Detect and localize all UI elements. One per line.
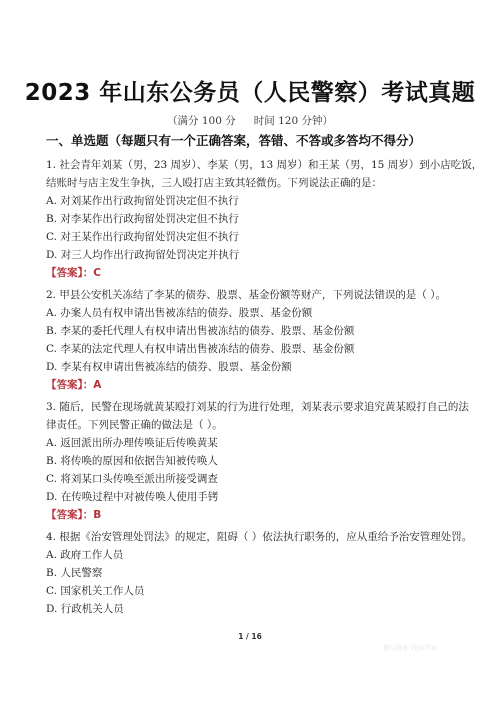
- question-stem: 律责任。下列民警正确的做法是（ ）。: [46, 416, 466, 434]
- option-d: D. 在传唤过程中对被传唤人使用手铐: [46, 488, 466, 506]
- question-stem: 2. 甲县公安机关冻结了李某的债券、股票、基金份额等财产，下列说法错误的是（ ）…: [46, 286, 466, 304]
- question-2: 2. 甲县公安机关冻结了李某的债券、股票、基金份额等财产，下列说法错误的是（ ）…: [46, 286, 466, 394]
- answer-value: C: [93, 267, 101, 279]
- option-c: C. 将刘某口头传唤至派出所接受调查: [46, 470, 466, 488]
- question-stem: 4. 根据《治安管理处罚法》的规定，阻碍（ ）依法执行职务的，应从重给予治安管理…: [46, 528, 466, 546]
- answer: 【答案】：B: [46, 506, 466, 524]
- option-a: A. 政府工作人员: [46, 546, 466, 564]
- question-1: 1. 社会青年刘某（男，23 周岁）、李某（男，13 周岁）和王某（男，15 周…: [46, 156, 466, 282]
- option-a: A. 对刘某作出行政拘留处罚决定但不执行: [46, 192, 466, 210]
- option-c: C. 对王某作出行政拘留处罚决定但不执行: [46, 228, 466, 246]
- watermark: 微信搜索 找到答案: [383, 643, 437, 652]
- option-b: B. 对李某作出行政拘留处罚决定但不执行: [46, 210, 466, 228]
- answer: 【答案】：A: [46, 376, 466, 394]
- answer-value: A: [93, 379, 101, 391]
- option-d: D. 行政机关人员: [46, 600, 466, 618]
- question-3: 3. 随后，民警在现场就黄某殴打刘某的行为进行处理，刘某表示要求追究黄某殴打自己…: [46, 398, 466, 524]
- option-b: B. 人民警察: [46, 564, 466, 582]
- answer-value: B: [93, 509, 101, 521]
- exam-time: 时间 120 分钟）: [254, 115, 333, 127]
- option-b: B. 李某的委托代理人有权申请出售被冻结的债券、股票、基金份额: [46, 322, 466, 340]
- option-a: A. 办案人员有权申请出售被冻结的债券、股票、基金份额: [46, 304, 466, 322]
- document-title: 2023 年山东公务员（人民警察）考试真题: [0, 74, 500, 107]
- answer-label: 【答案】：: [46, 509, 93, 521]
- option-d: D. 李某有权申请出售被冻结的债券、股票、基金份额: [46, 358, 466, 376]
- exam-info: （满分 100 分时间 120 分钟）: [0, 113, 500, 128]
- answer-label: 【答案】：: [46, 267, 93, 279]
- question-stem: 3. 随后，民警在现场就黄某殴打刘某的行为进行处理，刘某表示要求追究黄某殴打自己…: [46, 398, 466, 416]
- question-4: 4. 根据《治安管理处罚法》的规定，阻碍（ ）依法执行职务的，应从重给予治安管理…: [46, 528, 466, 618]
- option-c: C. 国家机关工作人员: [46, 582, 466, 600]
- section-heading: 一、单选题（每题只有一个正确答案，答错、不答或多答均不得分）: [46, 131, 421, 149]
- page-indicator: 1 / 16: [0, 632, 500, 641]
- answer: 【答案】：C: [46, 264, 466, 282]
- option-b: B. 将传唤的原因和依据告知被传唤人: [46, 452, 466, 470]
- question-stem: 结账时与店主发生争执，三人殴打店主致其轻微伤。下列说法正确的是：: [46, 174, 466, 192]
- option-d: D. 对三人均作出行政拘留处罚决定并执行: [46, 246, 466, 264]
- full-score: （满分 100 分: [167, 115, 236, 127]
- question-stem: 1. 社会青年刘某（男，23 周岁）、李某（男，13 周岁）和王某（男，15 周…: [46, 156, 466, 174]
- answer-label: 【答案】：: [46, 379, 93, 391]
- option-a: A. 返回派出所办理传唤证后传唤黄某: [46, 434, 466, 452]
- option-c: C. 李某的法定代理人有权申请出售被冻结的债券、股票、基金份额: [46, 340, 466, 358]
- question-list: 1. 社会青年刘某（男，23 周岁）、李某（男，13 周岁）和王某（男，15 周…: [46, 156, 466, 618]
